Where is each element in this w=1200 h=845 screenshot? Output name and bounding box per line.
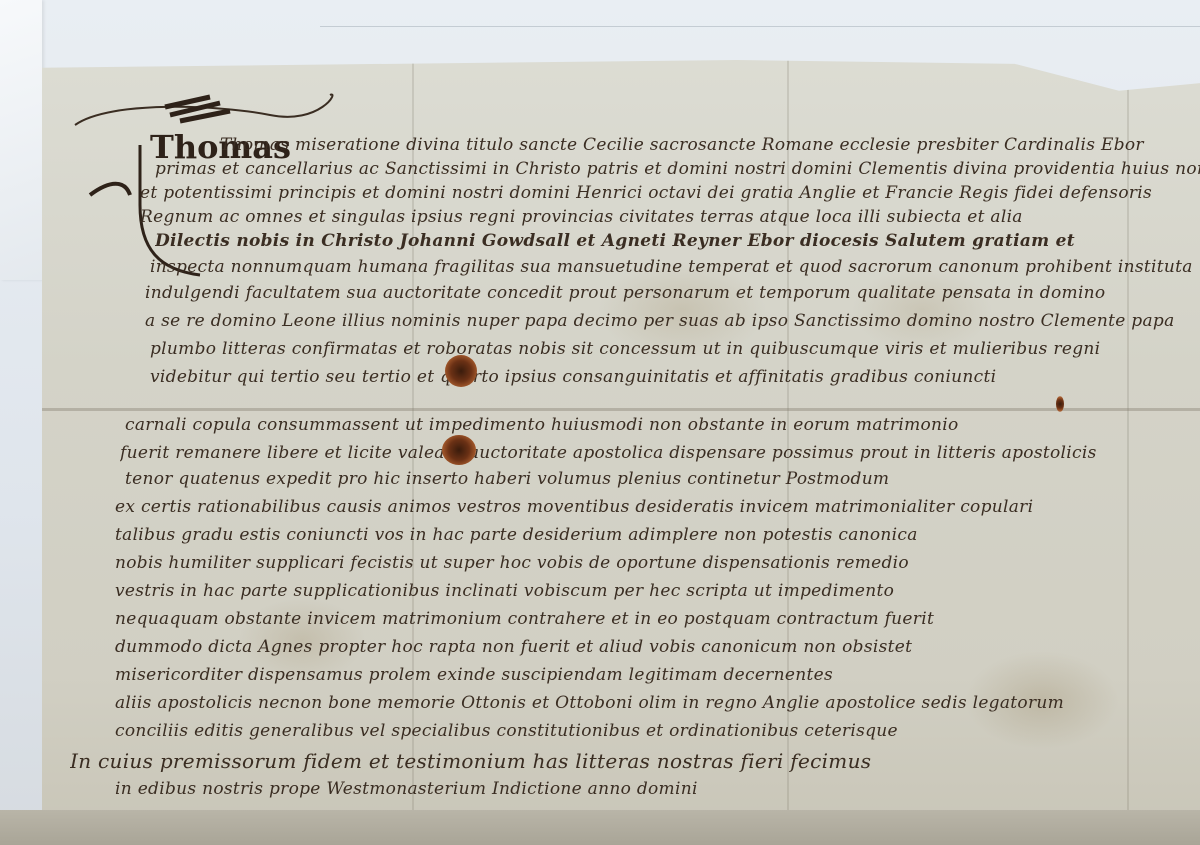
text-line: misericorditer dispensamus prolem exinde… bbox=[115, 665, 1200, 685]
text-line: a se re domino Leone illius nominis nupe… bbox=[145, 311, 1200, 331]
text-line: nobis humiliter supplicari fecistis ut s… bbox=[115, 553, 1200, 573]
text-line-dilectis: Dilectis nobis in Christo Johanni Gowdsa… bbox=[155, 231, 1200, 251]
text-line: vestris in hac parte supplicationibus in… bbox=[115, 581, 1200, 601]
horizontal-fold bbox=[42, 408, 1200, 411]
text-line: nequaquam obstante invicem matrimonium c… bbox=[115, 609, 1200, 629]
text-line: primas et cancellarius ac Sanctissimi in… bbox=[155, 159, 1200, 179]
document-lower-edge bbox=[0, 810, 1200, 845]
text-line: ex certis rationabilibus causis animos v… bbox=[115, 497, 1200, 517]
text-line: indulgendi facultatem sua auctoritate co… bbox=[145, 283, 1200, 303]
text-line: carnali copula consummassent ut impedime… bbox=[125, 415, 1200, 435]
text-line: fuerit remanere libere et licite valeant… bbox=[120, 443, 1200, 463]
text-line: tenor quatenus expedit pro hic inserto h… bbox=[125, 469, 1200, 489]
text-line: in edibus nostris prope Westmonasterium … bbox=[115, 779, 1200, 799]
text-line: Thomas miseratione divina titulo sancte … bbox=[220, 135, 1200, 155]
text-line: plumbo litteras confirmatas et roboratas… bbox=[150, 339, 1200, 359]
text-line: dummodo dicta Agnes propter hoc rapta no… bbox=[115, 637, 1200, 657]
table-seam bbox=[320, 26, 1200, 27]
text-line: et potentissimi principis et domini nost… bbox=[140, 183, 1200, 203]
text-line: videbitur qui tertio seu tertio et quart… bbox=[150, 367, 1200, 387]
wormhole bbox=[445, 355, 477, 387]
ink-stain bbox=[1056, 396, 1064, 412]
text-line: aliis apostolicis necnon bone memorie Ot… bbox=[115, 693, 1200, 713]
tissue-paper-corner bbox=[0, 0, 42, 280]
text-line: talibus gradu estis coniuncti vos in hac… bbox=[115, 525, 1200, 545]
text-line-in-cuius: In cuius premissorum fidem et testimoniu… bbox=[70, 749, 1200, 773]
wormhole bbox=[442, 435, 476, 465]
text-line: inspecta nonnumquam humana fragilitas su… bbox=[150, 257, 1200, 277]
text-line: conciliis editis generalibus vel special… bbox=[115, 721, 1200, 741]
text-line: Regnum ac omnes et singulas ipsius regni… bbox=[140, 207, 1200, 227]
